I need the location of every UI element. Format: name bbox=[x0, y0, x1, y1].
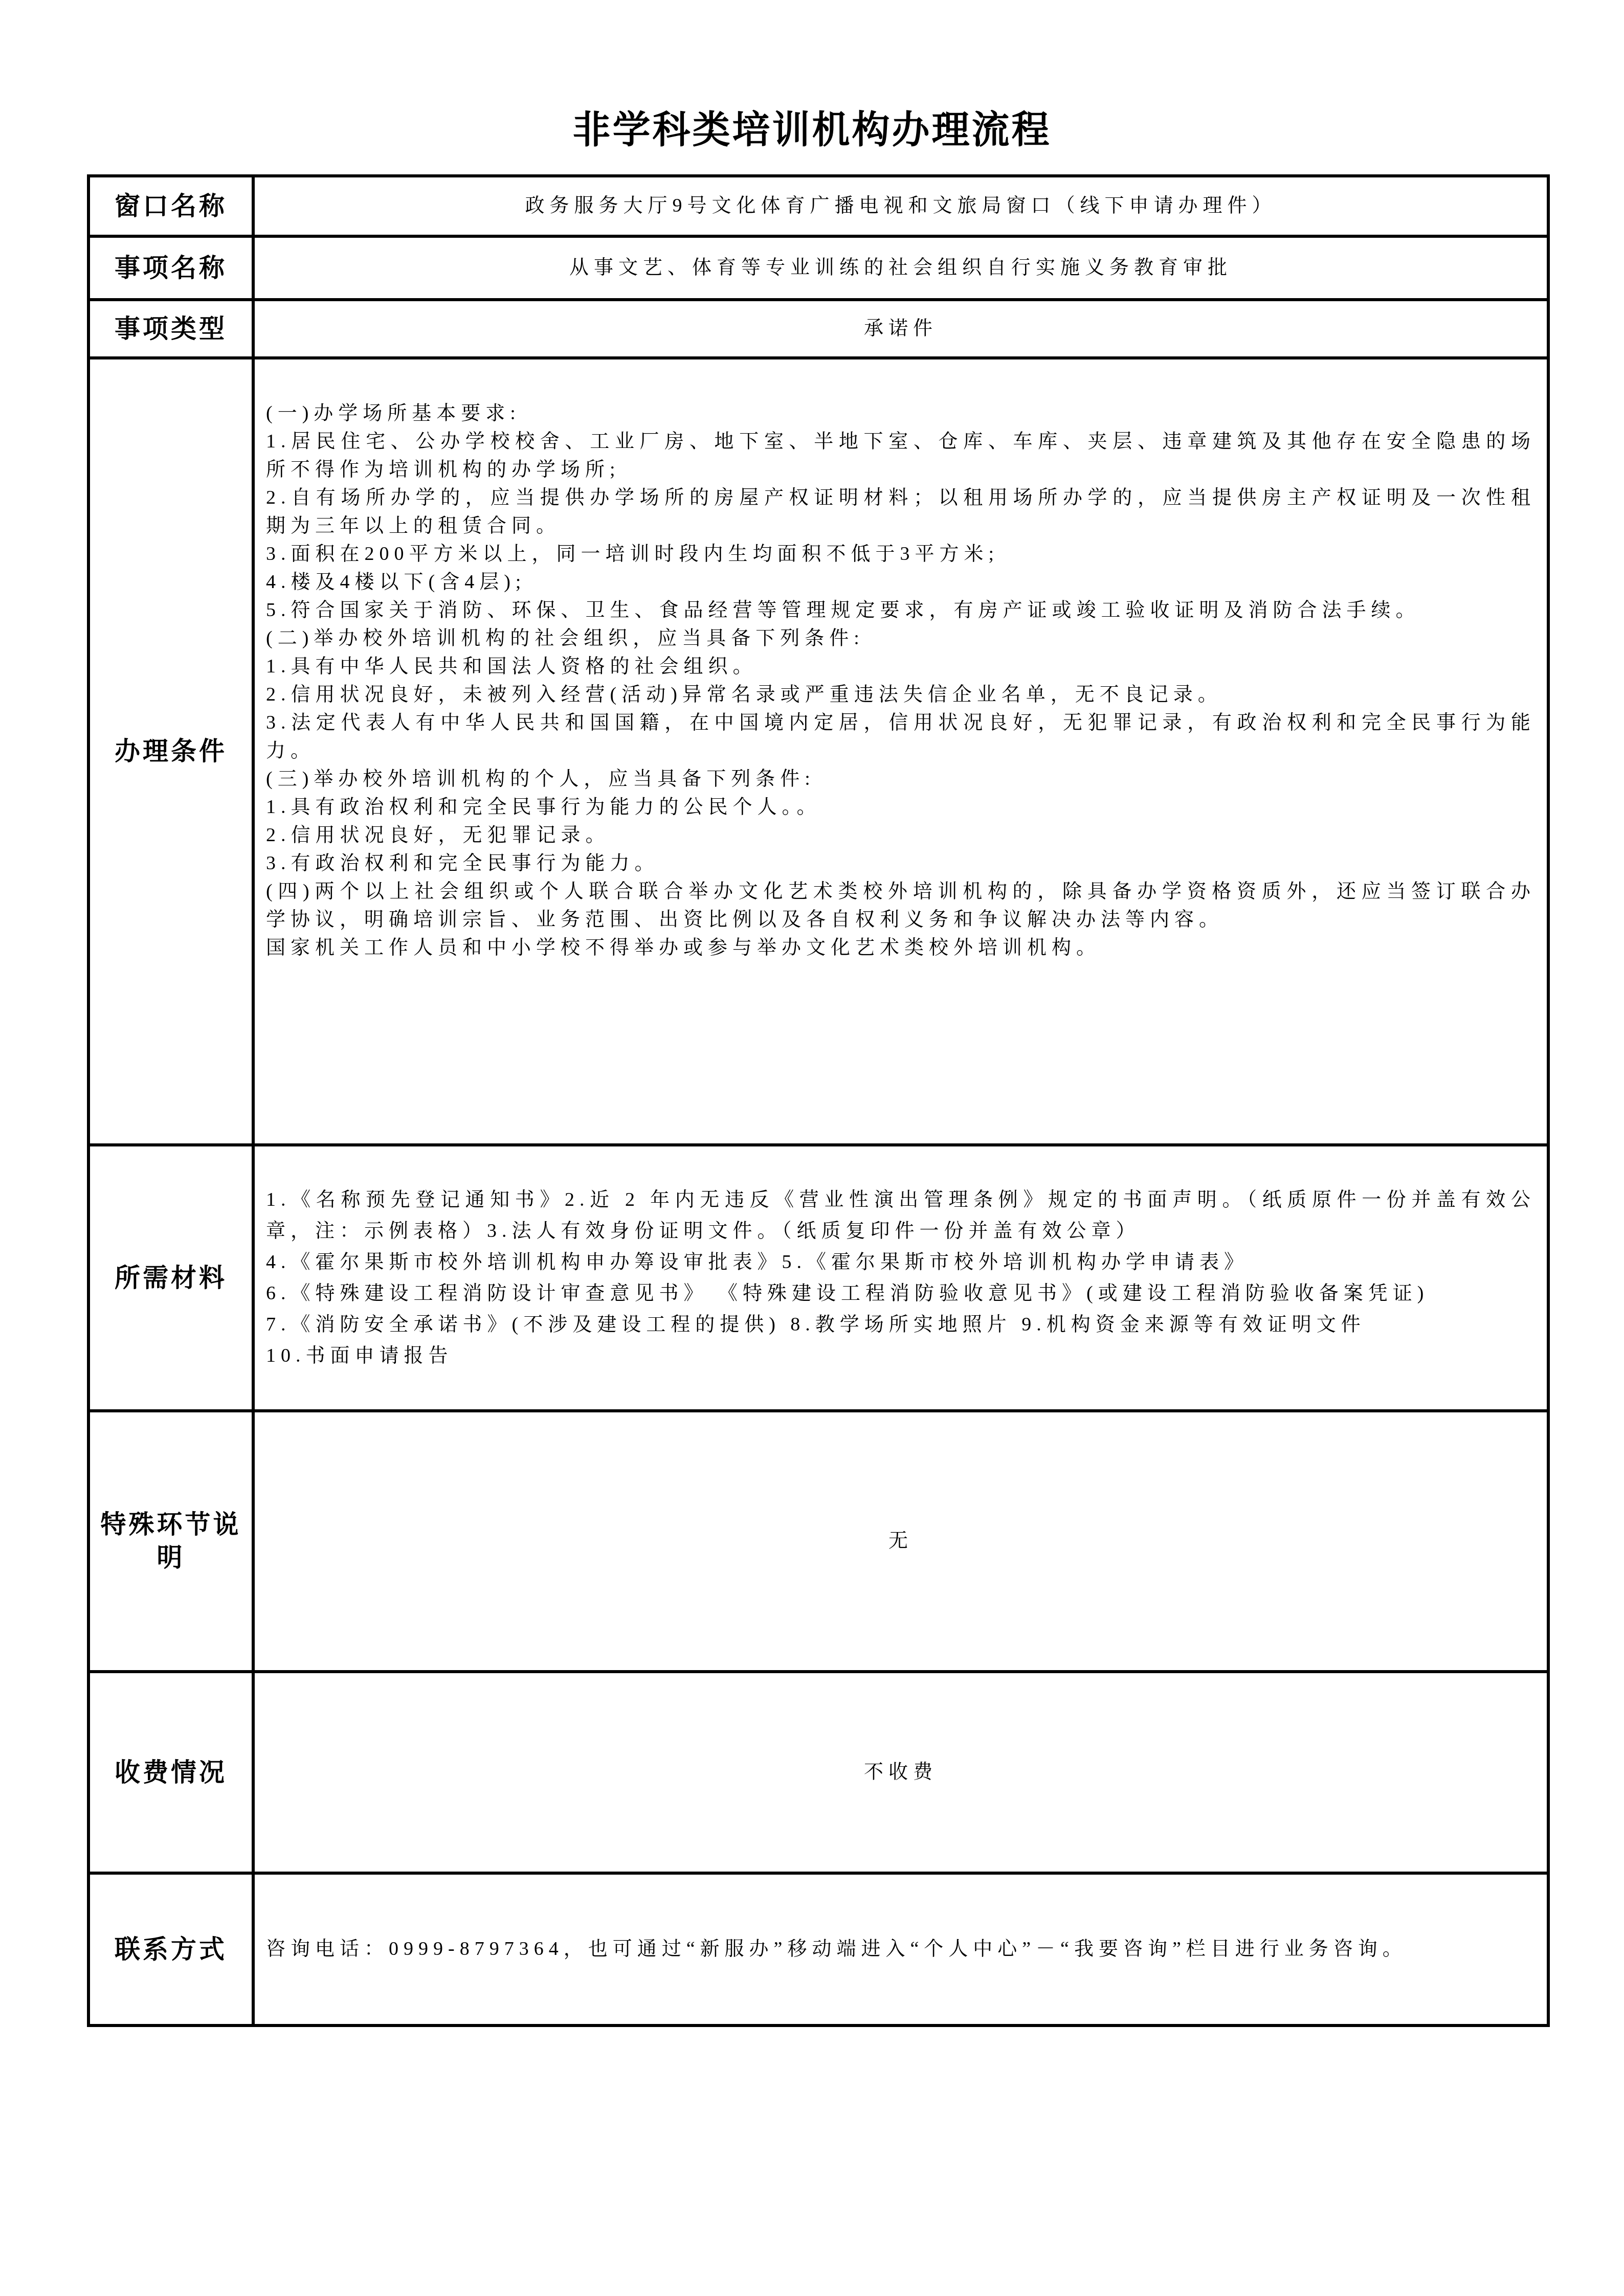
row-label-handling-conditions: 办理条件 bbox=[88, 358, 253, 1145]
table-row-window-name: 窗口名称 政务服务大厅9号文化体育广播电视和文旅局窗口（线下申请办理件） bbox=[88, 176, 1548, 236]
table-row-fees: 收费情况 不收费 bbox=[88, 1672, 1548, 1873]
row-value-window-name: 政务服务大厅9号文化体育广播电视和文旅局窗口（线下申请办理件） bbox=[253, 176, 1548, 236]
row-label-special-steps: 特殊环节说明 bbox=[88, 1411, 253, 1672]
row-value-required-materials: 1.《名称预先登记通知书》2.近 2 年内无违反《营业性演出管理条例》规定的书面… bbox=[253, 1145, 1548, 1411]
table-row-contact: 联系方式 咨询电话：0999-8797364，也可通过“新服办”移动端进入“个人… bbox=[88, 1873, 1548, 2025]
table-row-required-materials: 所需材料 1.《名称预先登记通知书》2.近 2 年内无违反《营业性演出管理条例》… bbox=[88, 1145, 1548, 1411]
row-value-contact: 咨询电话：0999-8797364，也可通过“新服办”移动端进入“个人中心”－“… bbox=[253, 1873, 1548, 2025]
row-value-item-type: 承诺件 bbox=[253, 300, 1548, 358]
row-value-special-steps: 无 bbox=[253, 1411, 1548, 1672]
row-label-window-name: 窗口名称 bbox=[88, 176, 253, 236]
row-label-contact: 联系方式 bbox=[88, 1873, 253, 2025]
row-value-fees: 不收费 bbox=[253, 1672, 1548, 1873]
row-label-item-name: 事项名称 bbox=[88, 236, 253, 300]
row-label-required-materials: 所需材料 bbox=[88, 1145, 253, 1411]
row-value-handling-conditions: (一)办学场所基本要求: 1.居民住宅、公办学校校舍、工业厂房、地下室、半地下室… bbox=[253, 358, 1548, 1145]
table-row-item-type: 事项类型 承诺件 bbox=[88, 300, 1548, 358]
table-row-item-name: 事项名称 从事文艺、体育等专业训练的社会组织自行实施义务教育审批 bbox=[88, 236, 1548, 300]
row-value-item-name: 从事文艺、体育等专业训练的社会组织自行实施义务教育审批 bbox=[253, 236, 1548, 300]
table-row-handling-conditions: 办理条件 (一)办学场所基本要求: 1.居民住宅、公办学校校舍、工业厂房、地下室… bbox=[88, 358, 1548, 1145]
table-row-special-steps: 特殊环节说明 无 bbox=[88, 1411, 1548, 1672]
row-label-fees: 收费情况 bbox=[88, 1672, 253, 1873]
row-label-item-type: 事项类型 bbox=[88, 300, 253, 358]
page-title: 非学科类培训机构办理流程 bbox=[0, 0, 1624, 154]
process-table: 窗口名称 政务服务大厅9号文化体育广播电视和文旅局窗口（线下申请办理件） 事项名… bbox=[87, 174, 1550, 2027]
